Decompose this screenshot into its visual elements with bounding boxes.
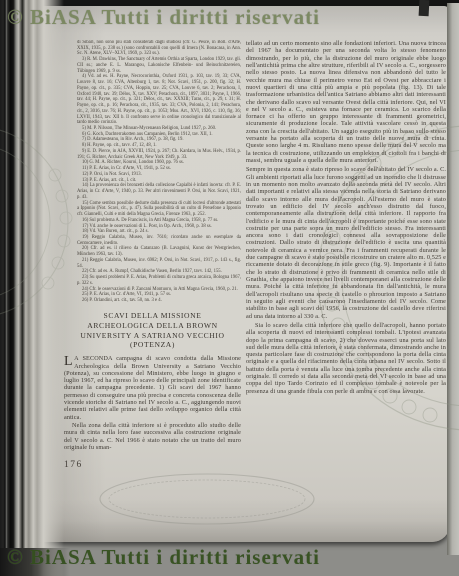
article-body: LA SECONDA campagna di scavo condotta da… — [64, 355, 241, 451]
footnote-entry: 19) Reggio Calabria, Museo, inv. 7616; r… — [77, 235, 241, 246]
bookmark-ribbon — [419, 0, 430, 16]
footnote-entry: 15) Come sembra possibile dedurre dalla … — [77, 201, 241, 218]
footnote-entry: 20) Cfr. ad es. il rilievo da Catanzaro … — [77, 246, 241, 257]
left-column: di Sibari, non sono più stati considerat… — [64, 40, 241, 470]
adjacent-page-edge — [447, 3, 459, 555]
right-column: tellato ad un certo momento sino alle fo… — [246, 40, 446, 397]
body-paragraph-text: A SECONDA campagna di scavo condotta dal… — [64, 355, 241, 421]
scanned-journal-page: © BiASA Tutti i diritti riservati © BiAS… — [0, 0, 459, 576]
footnote-entry: 16) Sul problema A. De Franciscis, in At… — [77, 218, 241, 224]
footnote-entry: 9) E. D. Pierce, in AJA, XXVIII, 1924, p… — [77, 149, 241, 160]
footnote-entry: 26) P. Orlandini, art. cit., tav. 50, nn… — [77, 298, 241, 304]
footnote-entry: 23) Su questi problemi P. E. Arias, Prob… — [77, 275, 241, 286]
body-paragraph: tellato ad un certo momento sino alle fo… — [246, 40, 446, 164]
footnote-entry: 3) R. M. Dawkins, The Sanctuary of Artem… — [77, 57, 241, 74]
footnote-entry: 14) La provenienza dei bronzetti della c… — [77, 183, 241, 200]
copyright-watermark-top: © BiASA Tutti i diritti riservati — [7, 5, 320, 30]
copyright-watermark-bottom: © BiASA Tutti i diritti riservati — [7, 545, 320, 570]
page-number: 176 — [64, 460, 241, 470]
body-paragraph: LA SECONDA campagna di scavo condotta da… — [64, 355, 241, 421]
article-title: SCAVI DELLA MISSIONE ARCHEOLOGICA DELLA … — [64, 311, 241, 350]
dropcap-letter: L — [64, 355, 74, 367]
body-paragraph: Nella zona della città inferiore si è pr… — [64, 422, 241, 451]
footnote-entry: di Sibari, non sono più stati considerat… — [77, 40, 241, 57]
body-paragraph: Sia lo scavo della città inferiore che q… — [246, 322, 446, 395]
body-paragraph: Sempre in questa zona è stato ripreso lo… — [246, 166, 446, 320]
footnote-entry: 4) Vd. ad es. H. Payne, Necrocorinthia, … — [77, 74, 241, 126]
book-spine — [0, 0, 64, 576]
footnotes-block: di Sibari, non sono più stati considerat… — [64, 40, 241, 304]
footnote-entry: 21) Reggio Calabria, Museo, inv. 6982; P… — [77, 258, 241, 269]
